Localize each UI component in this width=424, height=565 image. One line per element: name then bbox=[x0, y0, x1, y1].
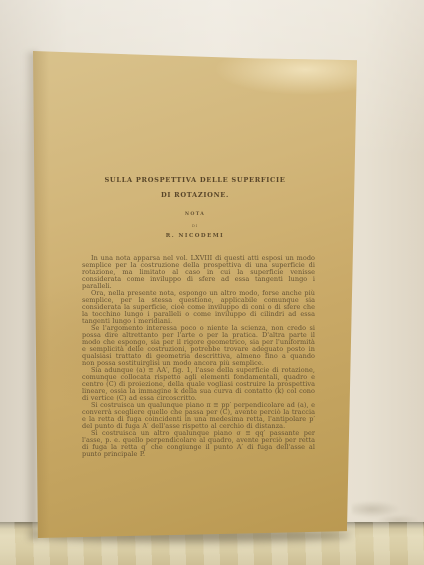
paragraph-4: Sia adunque (a) ≡ AA′, fig. 1, l'asse de… bbox=[82, 367, 315, 402]
photo-scene: SULLA PROSPETTIVA DELLE SUPERFICIE DI RO… bbox=[0, 0, 424, 565]
paragraph-2: Ora, nella presente nota, espongo un alt… bbox=[82, 290, 315, 325]
paragraph-3: Se l'argomento interessa poco o niente l… bbox=[82, 325, 315, 367]
paragraph-5: Si costruisca un qualunque piano π ≡ pp′… bbox=[82, 402, 315, 430]
author-name: R. NICODEMI bbox=[33, 233, 357, 239]
di-label: DI bbox=[33, 223, 357, 228]
title-block: SULLA PROSPETTIVA DELLE SUPERFICIE DI RO… bbox=[33, 176, 357, 239]
document-title-line2: DI ROTAZIONE. bbox=[33, 191, 357, 199]
cover-content: SULLA PROSPETTIVA DELLE SUPERFICIE DI RO… bbox=[33, 50, 357, 538]
body-text: In una nota apparsa nel vol. LXVIII di q… bbox=[82, 255, 315, 458]
booklet-cover: SULLA PROSPETTIVA DELLE SUPERFICIE DI RO… bbox=[33, 50, 357, 538]
paragraph-6: Si costruisca un altro qualunque piano σ… bbox=[82, 430, 315, 458]
document-title-line1: SULLA PROSPETTIVA DELLE SUPERFICIE bbox=[33, 176, 357, 184]
nota-label: NOTA bbox=[33, 212, 357, 217]
paragraph-1: In una nota apparsa nel vol. LXVIII di q… bbox=[82, 255, 315, 290]
